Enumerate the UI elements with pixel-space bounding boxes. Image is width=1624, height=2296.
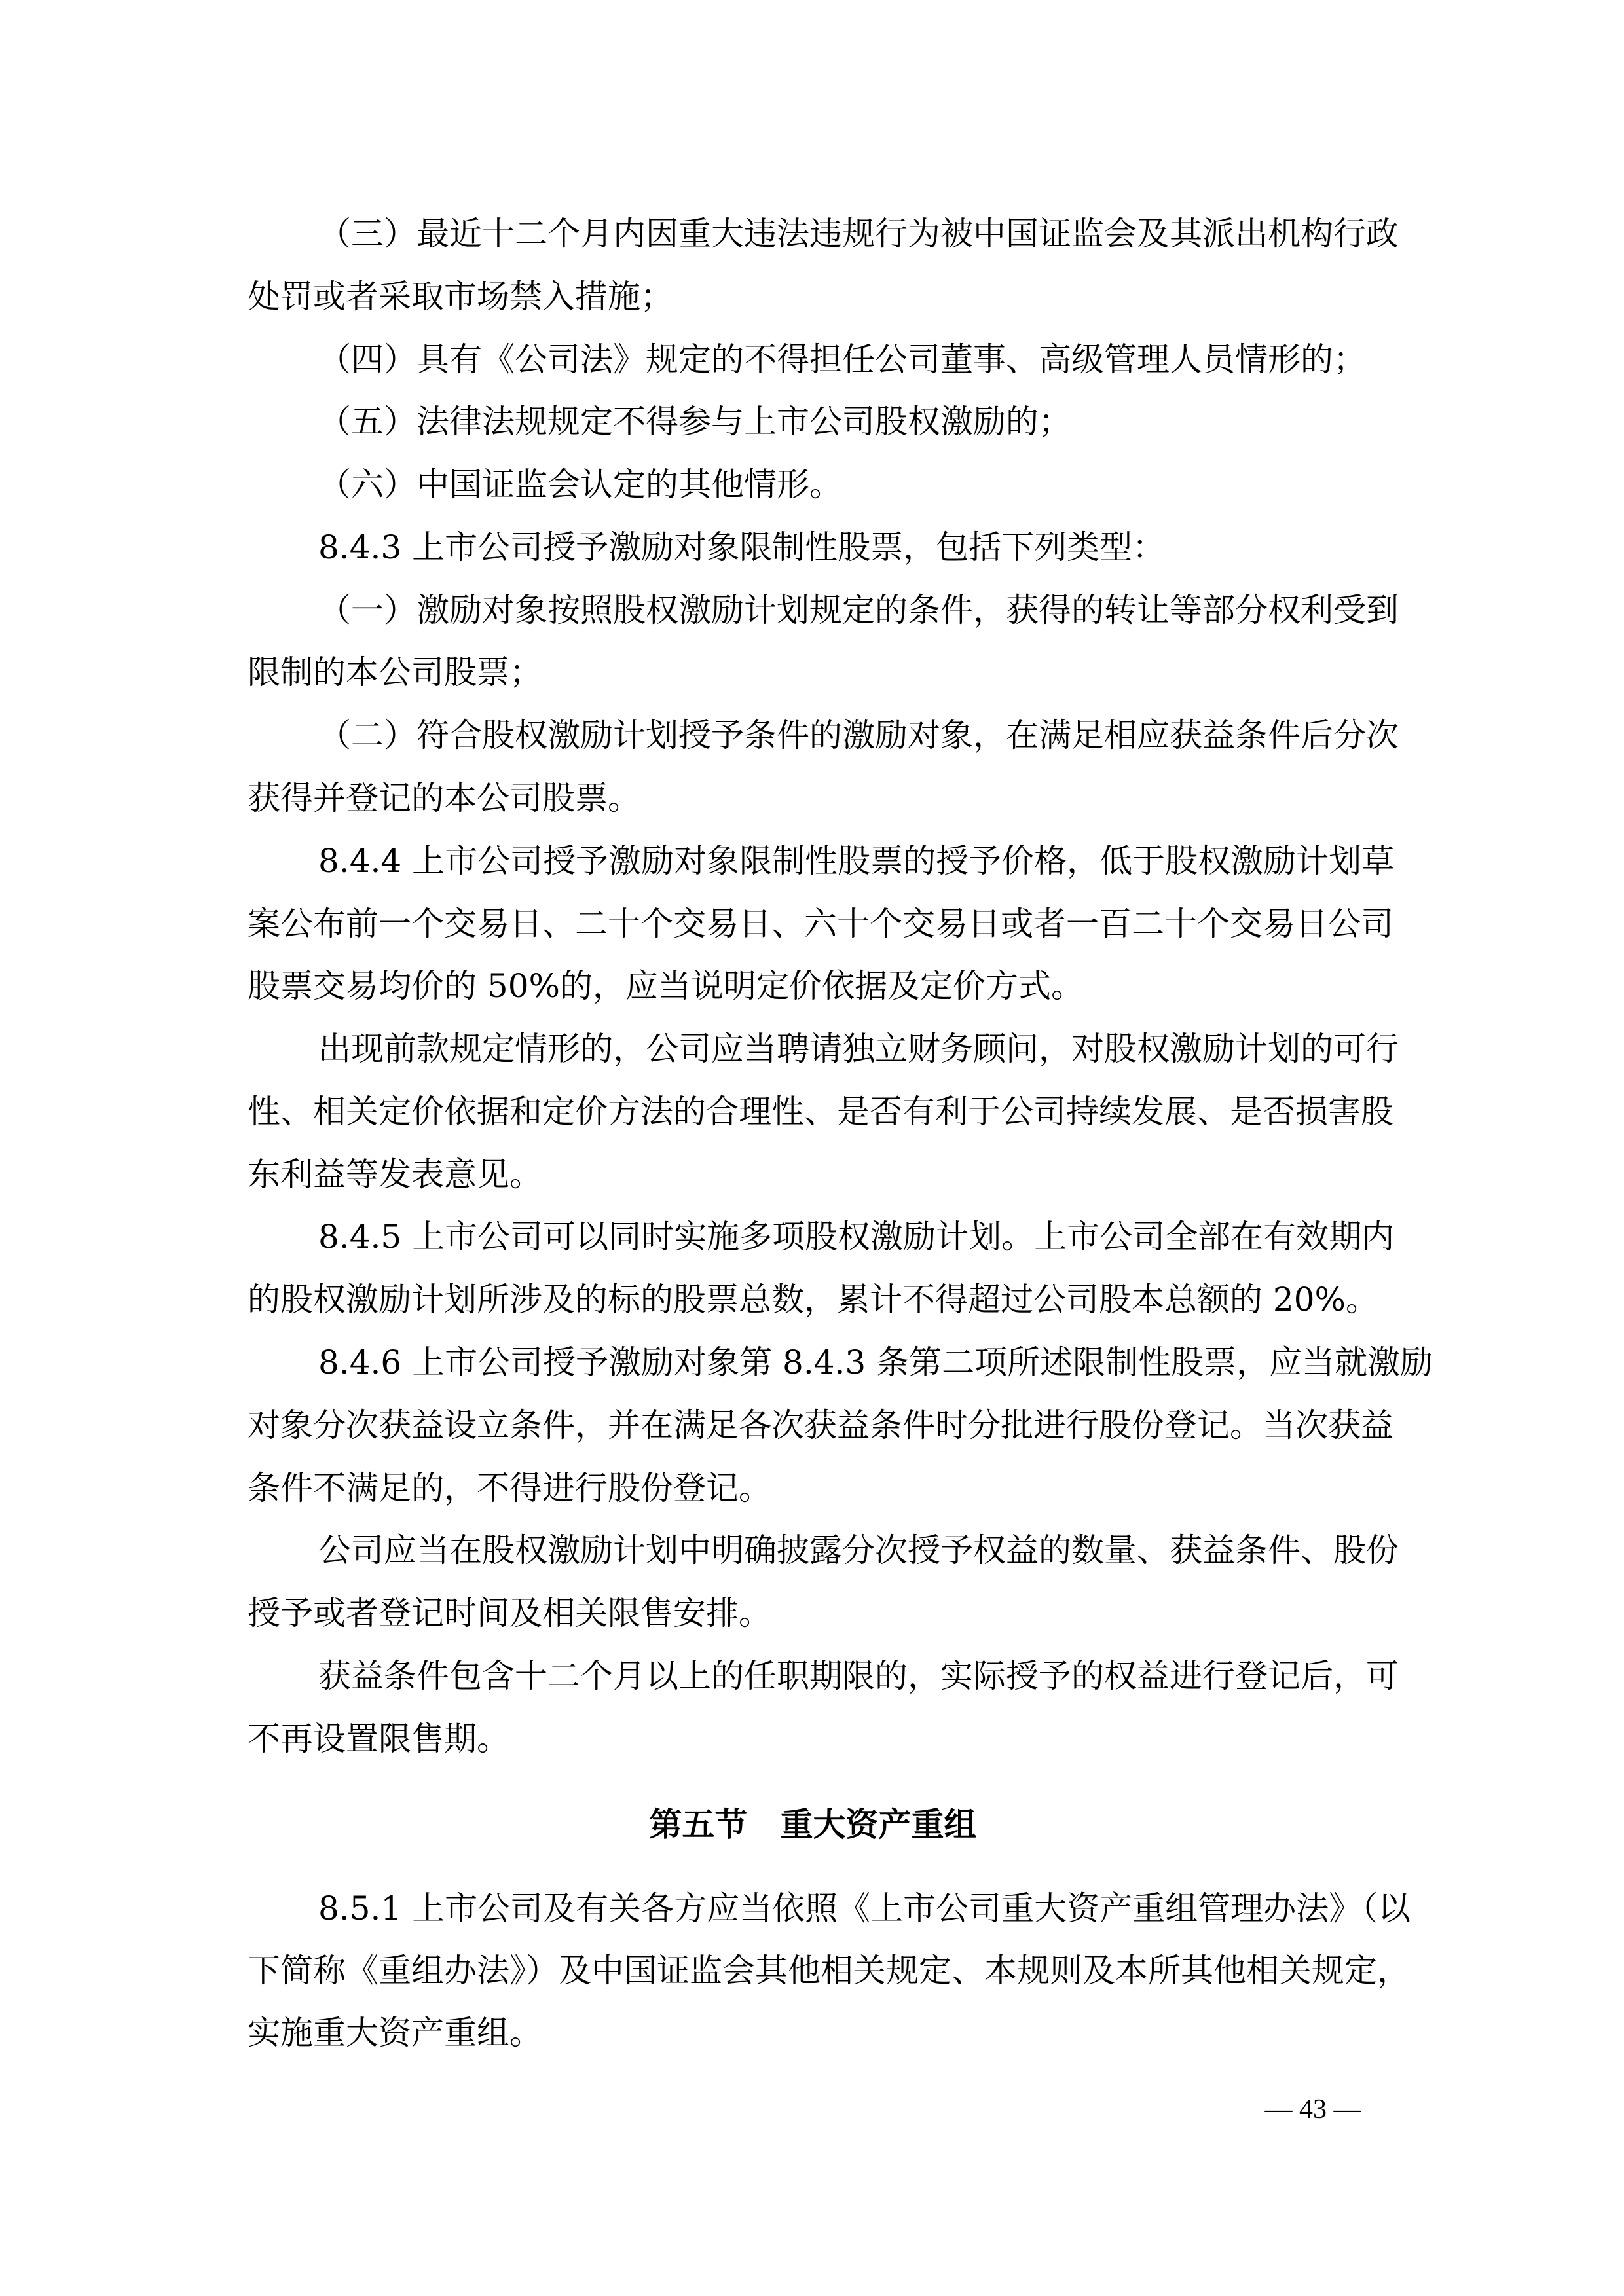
- paragraph-line: 限制的本公司股票；: [248, 641, 1378, 704]
- paragraph-line: （一）激励对象按照股权激励计划规定的条件，获得的转让等部分权利受到: [318, 579, 1378, 642]
- paragraph-line: 8.4.5 上市公司可以同时实施多项股权激励计划。上市公司全部在有效期内: [318, 1205, 1378, 1268]
- paragraph-line: （三）最近十二个月内因重大违法违规行为被中国证监会及其派出机构行政: [318, 202, 1378, 265]
- paragraph-line: 8.4.4 上市公司授予激励对象限制性股票的授予价格，低于股权激励计划草: [318, 829, 1378, 892]
- paragraph-line: 不再设置限售期。: [248, 1707, 1378, 1770]
- page-number: — 43 —: [1244, 2090, 1382, 2129]
- paragraph-line: 性、相关定价依据和定价方法的合理性、是否有利于公司持续发展、是否损害股: [248, 1080, 1378, 1143]
- paragraph-line: （六）中国证监会认定的其他情形。: [318, 453, 1378, 516]
- document-page: （三）最近十二个月内因重大违法违规行为被中国证监会及其派出机构行政 处罚或者采取…: [0, 0, 1624, 2296]
- paragraph-line: 获得并登记的本公司股票。: [248, 767, 1378, 829]
- paragraph-line: 公司应当在股权激励计划中明确披露分次授予权益的数量、获益条件、股份: [318, 1519, 1378, 1582]
- paragraph-line: 股票交易均价的 50%的，应当说明定价依据及定价方式。: [248, 955, 1378, 1017]
- paragraph-line: 条件不满足的，不得进行股份登记。: [248, 1457, 1378, 1520]
- paragraph-line: 出现前款规定情形的，公司应当聘请独立财务顾问，对股权激励计划的可行: [318, 1017, 1378, 1080]
- paragraph-line: 8.5.1 上市公司及有关各方应当依照《上市公司重大资产重组管理办法》（以: [318, 1877, 1378, 1940]
- paragraph-line: 实施重大资产重组。: [248, 2001, 1378, 2064]
- paragraph-line: 8.4.3 上市公司授予激励对象限制性股票，包括下列类型：: [318, 516, 1378, 579]
- paragraph-line: 授予或者登记时间及相关限售安排。: [248, 1582, 1378, 1645]
- paragraph-line: 处罚或者采取市场禁入措施；: [248, 265, 1378, 328]
- paragraph-line: （四）具有《公司法》规定的不得担任公司董事、高级管理人员情形的；: [318, 328, 1378, 391]
- paragraph-line: 的股权激励计划所涉及的标的股票总数，累计不得超过公司股本总额的 20%。: [248, 1268, 1378, 1331]
- section-heading: 第五节 重大资产重组: [248, 1793, 1378, 1856]
- paragraph-line: （五）法律法规规定不得参与上市公司股权激励的；: [318, 390, 1378, 453]
- paragraph-line: 东利益等发表意见。: [248, 1143, 1378, 1206]
- paragraph-line: 对象分次获益设立条件，并在满足各次获益条件时分批进行股份登记。当次获益: [248, 1394, 1378, 1457]
- paragraph-line: （二）符合股权激励计划授予条件的激励对象，在满足相应获益条件后分次: [318, 704, 1378, 767]
- paragraph-line: 案公布前一个交易日、二十个交易日、六十个交易日或者一百二十个交易日公司: [248, 892, 1378, 955]
- paragraph-line: 下简称《重组办法》）及中国证监会其他相关规定、本规则及本所其他相关规定，: [248, 1939, 1378, 2002]
- paragraph-line: 获益条件包含十二个月以上的任职期限的，实际授予的权益进行登记后，可: [318, 1645, 1378, 1707]
- paragraph-line: 8.4.6 上市公司授予激励对象第 8.4.3 条第二项所述限制性股票，应当就激…: [318, 1331, 1378, 1394]
